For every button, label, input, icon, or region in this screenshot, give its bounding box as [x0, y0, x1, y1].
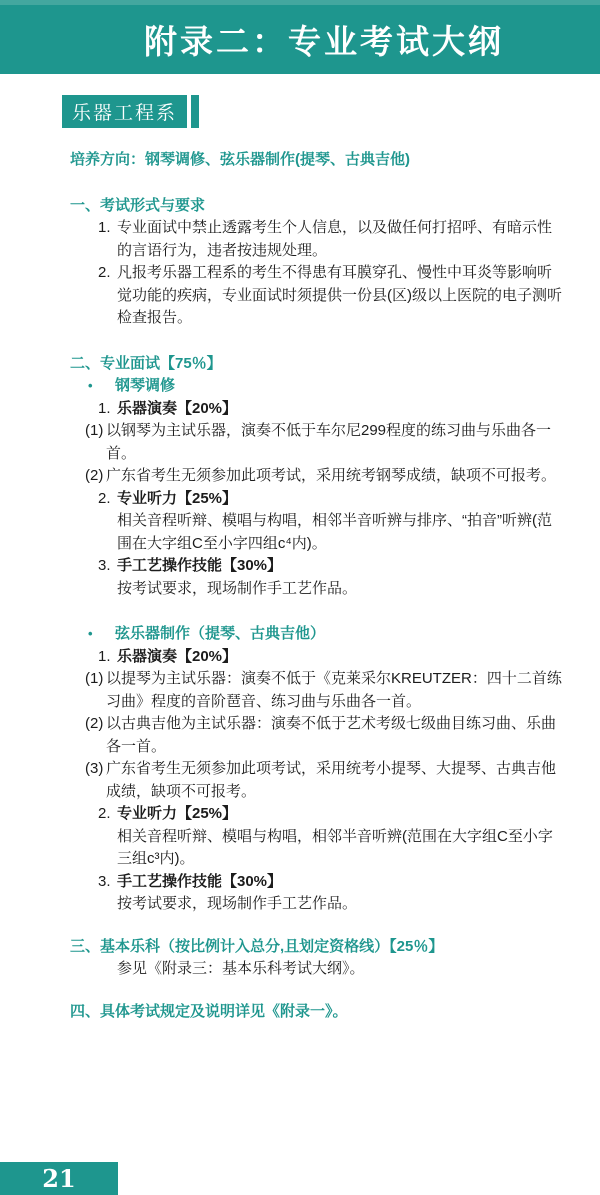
item-marker: 1.	[98, 398, 117, 421]
item-text: 以提琴为主试乐器：演奏不低于《克莱采尔KREUTZER：四十二首练习曲》程度的音…	[106, 668, 562, 713]
item-marker: (1)	[85, 420, 106, 465]
item-marker: (2)	[85, 465, 106, 488]
item-marker: 1.	[98, 217, 117, 262]
item-marker: (3)	[85, 758, 106, 803]
list-item: 1. 乐器演奏【20%】	[70, 646, 562, 669]
item-description: 相关音程听辩、模唱与构唱，相邻半音听辨与排序、“拍音”听辨(范围在大字组C至小字…	[70, 510, 562, 555]
section-three-heading: 三、基本乐科（按比例计入总分,且划定资格线）【25％】	[70, 936, 562, 959]
item-title: 乐器演奏【20%】	[117, 398, 562, 421]
department-tag-row: 乐器工程系	[62, 95, 600, 128]
page-title: 附录二：专业考试大纲	[144, 16, 504, 63]
list-item: 3. 手工艺操作技能【30%】	[70, 555, 562, 578]
item-title: 乐器演奏【20%】	[117, 646, 562, 669]
item-marker: 2.	[98, 803, 117, 826]
item-text: 专业面试中禁止透露考生个人信息，以及做任何打招呼、有暗示性的言语行为，违者按违规…	[117, 217, 562, 262]
subsection-strings-title-row: • 弦乐器制作（提琴、古典吉他）	[70, 623, 562, 646]
list-item: 1. 乐器演奏【20%】	[70, 398, 562, 421]
item-title: 专业听力【25%】	[117, 488, 562, 511]
department-tag-accent-bar	[191, 95, 199, 128]
item-text: 广东省考生无须参加此项考试，采用统考小提琴、大提琴、古典吉他成绩，缺项不可报考。	[106, 758, 562, 803]
subsection-title: 弦乐器制作（提琴、古典吉他）	[115, 623, 325, 646]
training-direction-line: 培养方向：钢琴调修、弦乐器制作(提琴、古典吉他)	[70, 149, 562, 172]
document-page: 附录二：专业考试大纲 乐器工程系 培养方向：钢琴调修、弦乐器制作(提琴、古典吉他…	[0, 0, 600, 1195]
item-marker: 1.	[98, 646, 117, 669]
item-text: 以钢琴为主试乐器，演奏不低于车尔尼299程度的练习曲与乐曲各一首。	[106, 420, 562, 465]
item-text: 广东省考生无须参加此项考试，采用统考钢琴成绩，缺项不可报考。	[106, 465, 562, 488]
bullet-icon: •	[88, 623, 115, 646]
list-item: 2. 凡报考乐器工程系的考生不得患有耳膜穿孔、慢性中耳炎等影响听觉功能的疾病，专…	[70, 262, 562, 330]
item-description: 相关音程听辩、模唱与构唱，相邻半音听辨(范围在大字组C至小字三组c³内)。	[70, 826, 562, 871]
list-subitem: (3) 广东省考生无须参加此项考试，采用统考小提琴、大提琴、古典吉他成绩，缺项不…	[70, 758, 562, 803]
list-item: 2. 专业听力【25%】	[70, 803, 562, 826]
subsection-piano-title-row: • 钢琴调修	[70, 375, 562, 398]
item-title: 手工艺操作技能【30%】	[117, 871, 562, 894]
header-banner: 附录二：专业考试大纲	[0, 0, 600, 74]
list-item: 3. 手工艺操作技能【30%】	[70, 871, 562, 894]
item-marker: (1)	[85, 668, 106, 713]
item-marker: 3.	[98, 555, 117, 578]
item-marker: (2)	[85, 713, 106, 758]
list-subitem: (1) 以提琴为主试乐器：演奏不低于《克莱采尔KREUTZER：四十二首练习曲》…	[70, 668, 562, 713]
page-number: 21	[42, 1164, 75, 1193]
list-item: 1. 专业面试中禁止透露考生个人信息，以及做任何打招呼、有暗示性的言语行为，违者…	[70, 217, 562, 262]
item-description: 按考试要求，现场制作手工艺作品。	[70, 893, 562, 916]
item-text: 凡报考乐器工程系的考生不得患有耳膜穿孔、慢性中耳炎等影响听觉功能的疾病，专业面试…	[117, 262, 562, 330]
item-title: 手工艺操作技能【30%】	[117, 555, 562, 578]
item-marker: 2.	[98, 262, 117, 330]
page-number-badge: 21	[0, 1162, 118, 1195]
section-two-heading: 二、专业面试【75％】	[70, 353, 562, 376]
list-item: 2. 专业听力【25%】	[70, 488, 562, 511]
department-tag: 乐器工程系	[62, 95, 187, 128]
item-text: 以古典吉他为主试乐器：演奏不低于艺术考级七级曲目练习曲、乐曲各一首。	[106, 713, 562, 758]
section-one-heading: 一、考试形式与要求	[70, 195, 562, 218]
document-content: 培养方向：钢琴调修、弦乐器制作(提琴、古典吉他) 一、考试形式与要求 1. 专业…	[0, 128, 600, 1023]
item-title: 专业听力【25%】	[117, 803, 562, 826]
item-marker: 2.	[98, 488, 117, 511]
item-description: 按考试要求，现场制作手工艺作品。	[70, 578, 562, 601]
section-four-heading: 四、具体考试规定及说明详见《附录一》。	[70, 1001, 562, 1024]
bullet-icon: •	[88, 375, 115, 398]
section-three-description: 参见《附录三：基本乐科考试大纲》。	[70, 958, 562, 981]
list-subitem: (2) 以古典吉他为主试乐器：演奏不低于艺术考级七级曲目练习曲、乐曲各一首。	[70, 713, 562, 758]
subsection-title: 钢琴调修	[115, 375, 175, 398]
item-marker: 3.	[98, 871, 117, 894]
list-subitem: (2) 广东省考生无须参加此项考试，采用统考钢琴成绩，缺项不可报考。	[70, 465, 562, 488]
list-subitem: (1) 以钢琴为主试乐器，演奏不低于车尔尼299程度的练习曲与乐曲各一首。	[70, 420, 562, 465]
